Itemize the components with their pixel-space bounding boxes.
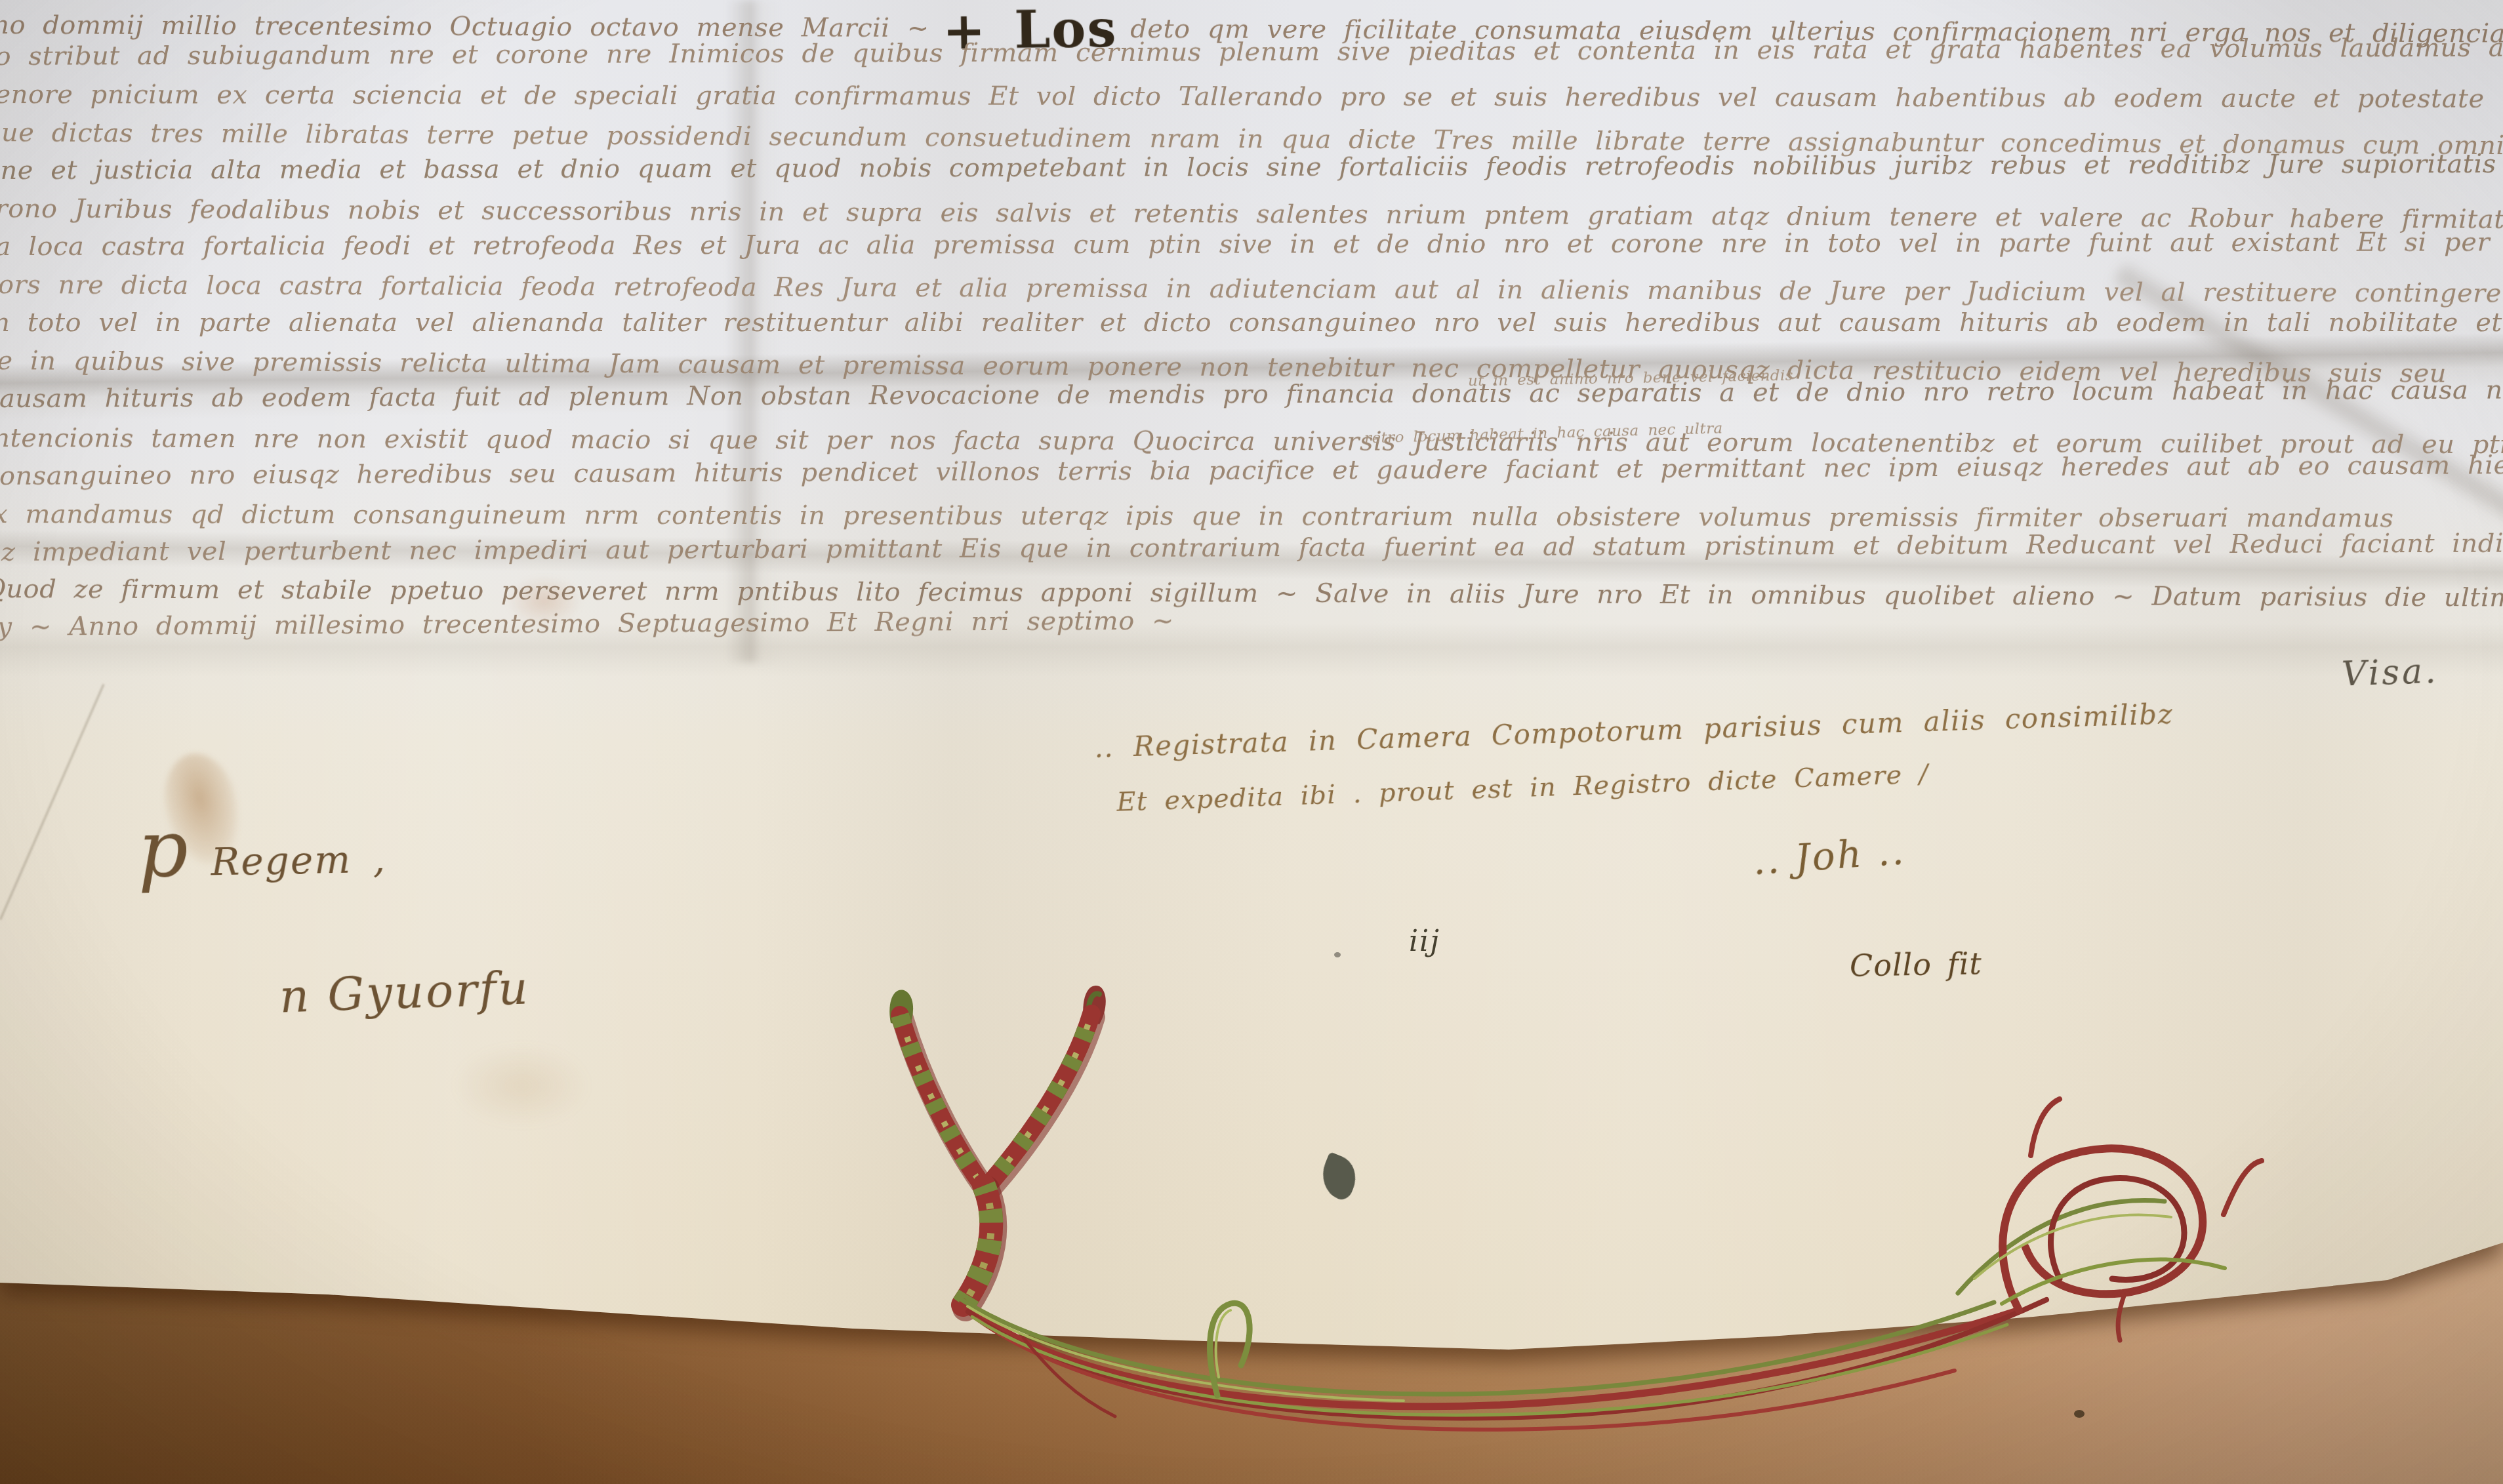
photo-medieval-charter: mo dommij millio trecentesimo Octuagio o… <box>0 0 2503 1484</box>
parchment-sheet: mo dommij millio trecentesimo Octuagio o… <box>0 0 2503 1484</box>
per-regem-note: p Regem , <box>137 809 387 888</box>
manuscript-line: consanguineo nro eiusqz heredibus seu ca… <box>0 451 2503 491</box>
manuscript-line: tenore pnicium ex certa sciencia et de s… <box>0 80 2503 113</box>
manuscript-line: sors nre dicta loca castra fortalicia fe… <box>0 270 2503 308</box>
manuscript-line: in toto vel in parte alienata vel aliena… <box>0 308 2503 337</box>
manuscript-line: qz impediant vel perturbent nec impediri… <box>0 529 2503 567</box>
manuscript-line: ry ~ Anno dommij millesimo trecentesimo … <box>0 607 1174 641</box>
table-speck <box>2074 1410 2085 1418</box>
quire-mark: iij <box>1409 927 1440 956</box>
secretary-signature: n Gyuorfu <box>279 965 531 1019</box>
collation-note: Collo fit <box>1850 948 1983 981</box>
manuscript-line: Quod ze firmum et stabile ppetuo perseve… <box>0 574 2503 612</box>
manuscript-line: causam hituris ab eodem facta fuit ad pl… <box>0 375 2503 413</box>
parchment-shadow-wrap: mo dommij millio trecentesimo Octuagio o… <box>0 0 2503 1484</box>
joh-signature: .. Joh .. <box>1751 832 1907 880</box>
manuscript-line: one et justicia alta media et bassa et d… <box>0 149 2503 185</box>
manuscript-line: ix mandamus qd dictum consanguineum nrm … <box>0 500 2394 532</box>
ink-speck <box>1334 952 1341 957</box>
visa-note: Visa. <box>2341 654 2439 691</box>
manuscript-line: ta loca castra fortalicia feodi et retro… <box>0 228 2503 261</box>
